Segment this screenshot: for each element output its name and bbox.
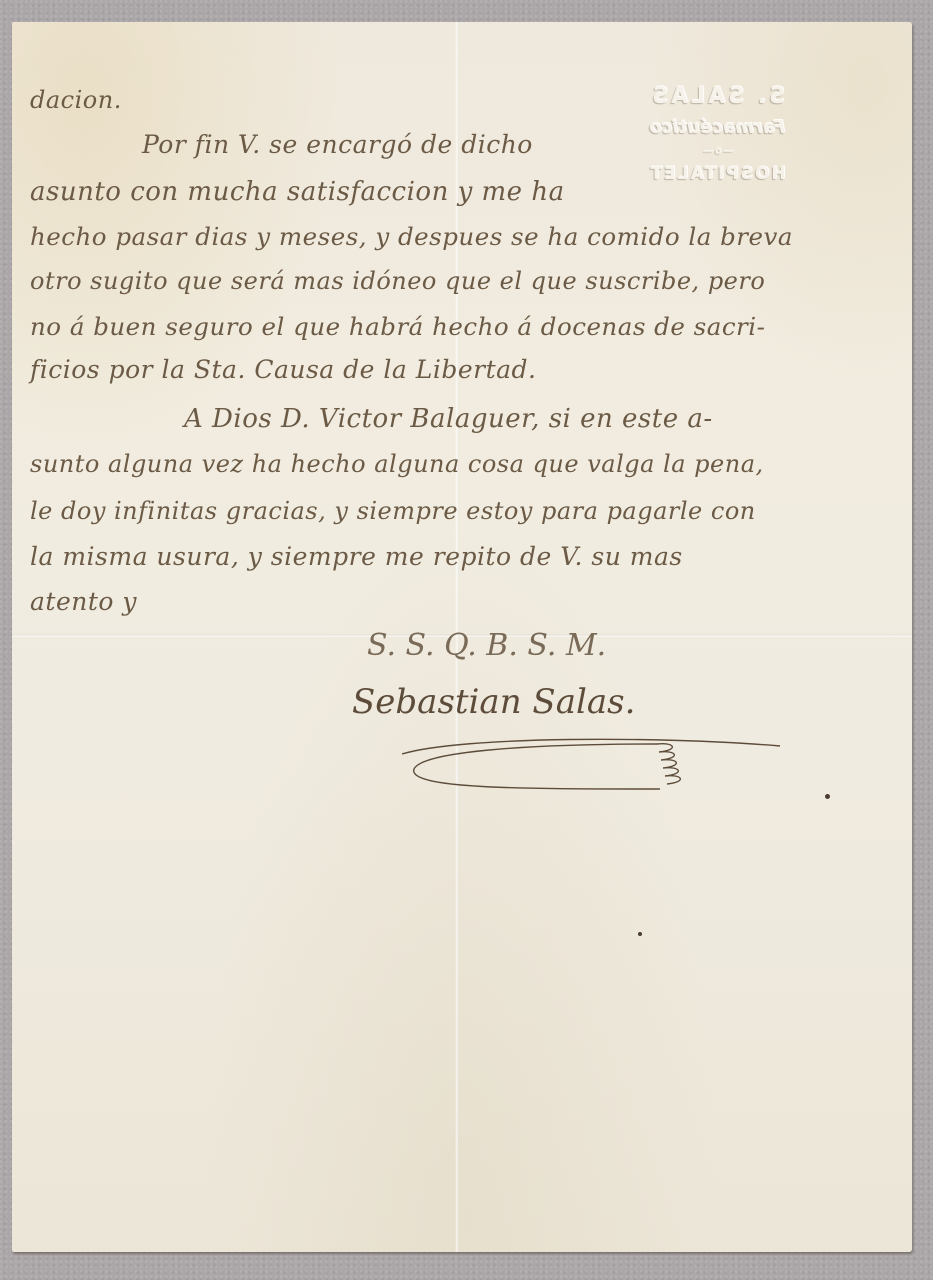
body-line-3: asunto con mucha satisfaccion y me ha [30, 177, 565, 207]
emboss-divider: —o— [612, 142, 822, 162]
body-line-8: A Dios D. Victor Balaguer, si en este a- [184, 404, 713, 434]
body-line-6: no á buen seguro el que habrá hecho á do… [30, 312, 765, 341]
letter-page: S. SALAS Farmacéutico —o— HOSPITALET dac… [12, 22, 912, 1252]
emboss-place: HOSPITALET [612, 162, 822, 186]
ink-spot [638, 932, 642, 936]
body-line-7: ficios por la Sta. Causa de la Libertad. [30, 355, 537, 384]
body-line-2: Por fin V. se encargó de dicho [142, 130, 533, 159]
body-line-9: sunto alguna vez ha hecho alguna cosa qu… [30, 450, 764, 478]
closing-abbreviation: S. S. Q. B. S. M. [367, 628, 606, 663]
emboss-name: S. SALAS [612, 80, 822, 114]
letterhead-emboss-stamp: S. SALAS Farmacéutico —o— HOSPITALET [612, 80, 822, 186]
body-line-1: dacion. [30, 86, 122, 114]
body-line-12: atento y [30, 587, 137, 616]
body-line-5: otro sugito que será mas idóneo que el q… [30, 267, 765, 295]
ink-spot [825, 794, 830, 799]
signature: Sebastian Salas. [352, 682, 635, 722]
body-line-11: la misma usura, y siempre me repito de V… [30, 542, 683, 571]
emboss-profession: Farmacéutico [612, 114, 822, 142]
signature-flourish-icon [402, 734, 802, 804]
body-line-10: le doy infinitas gracias, y siempre esto… [30, 497, 756, 525]
body-line-4: hecho pasar dias y meses, y despues se h… [30, 222, 793, 251]
